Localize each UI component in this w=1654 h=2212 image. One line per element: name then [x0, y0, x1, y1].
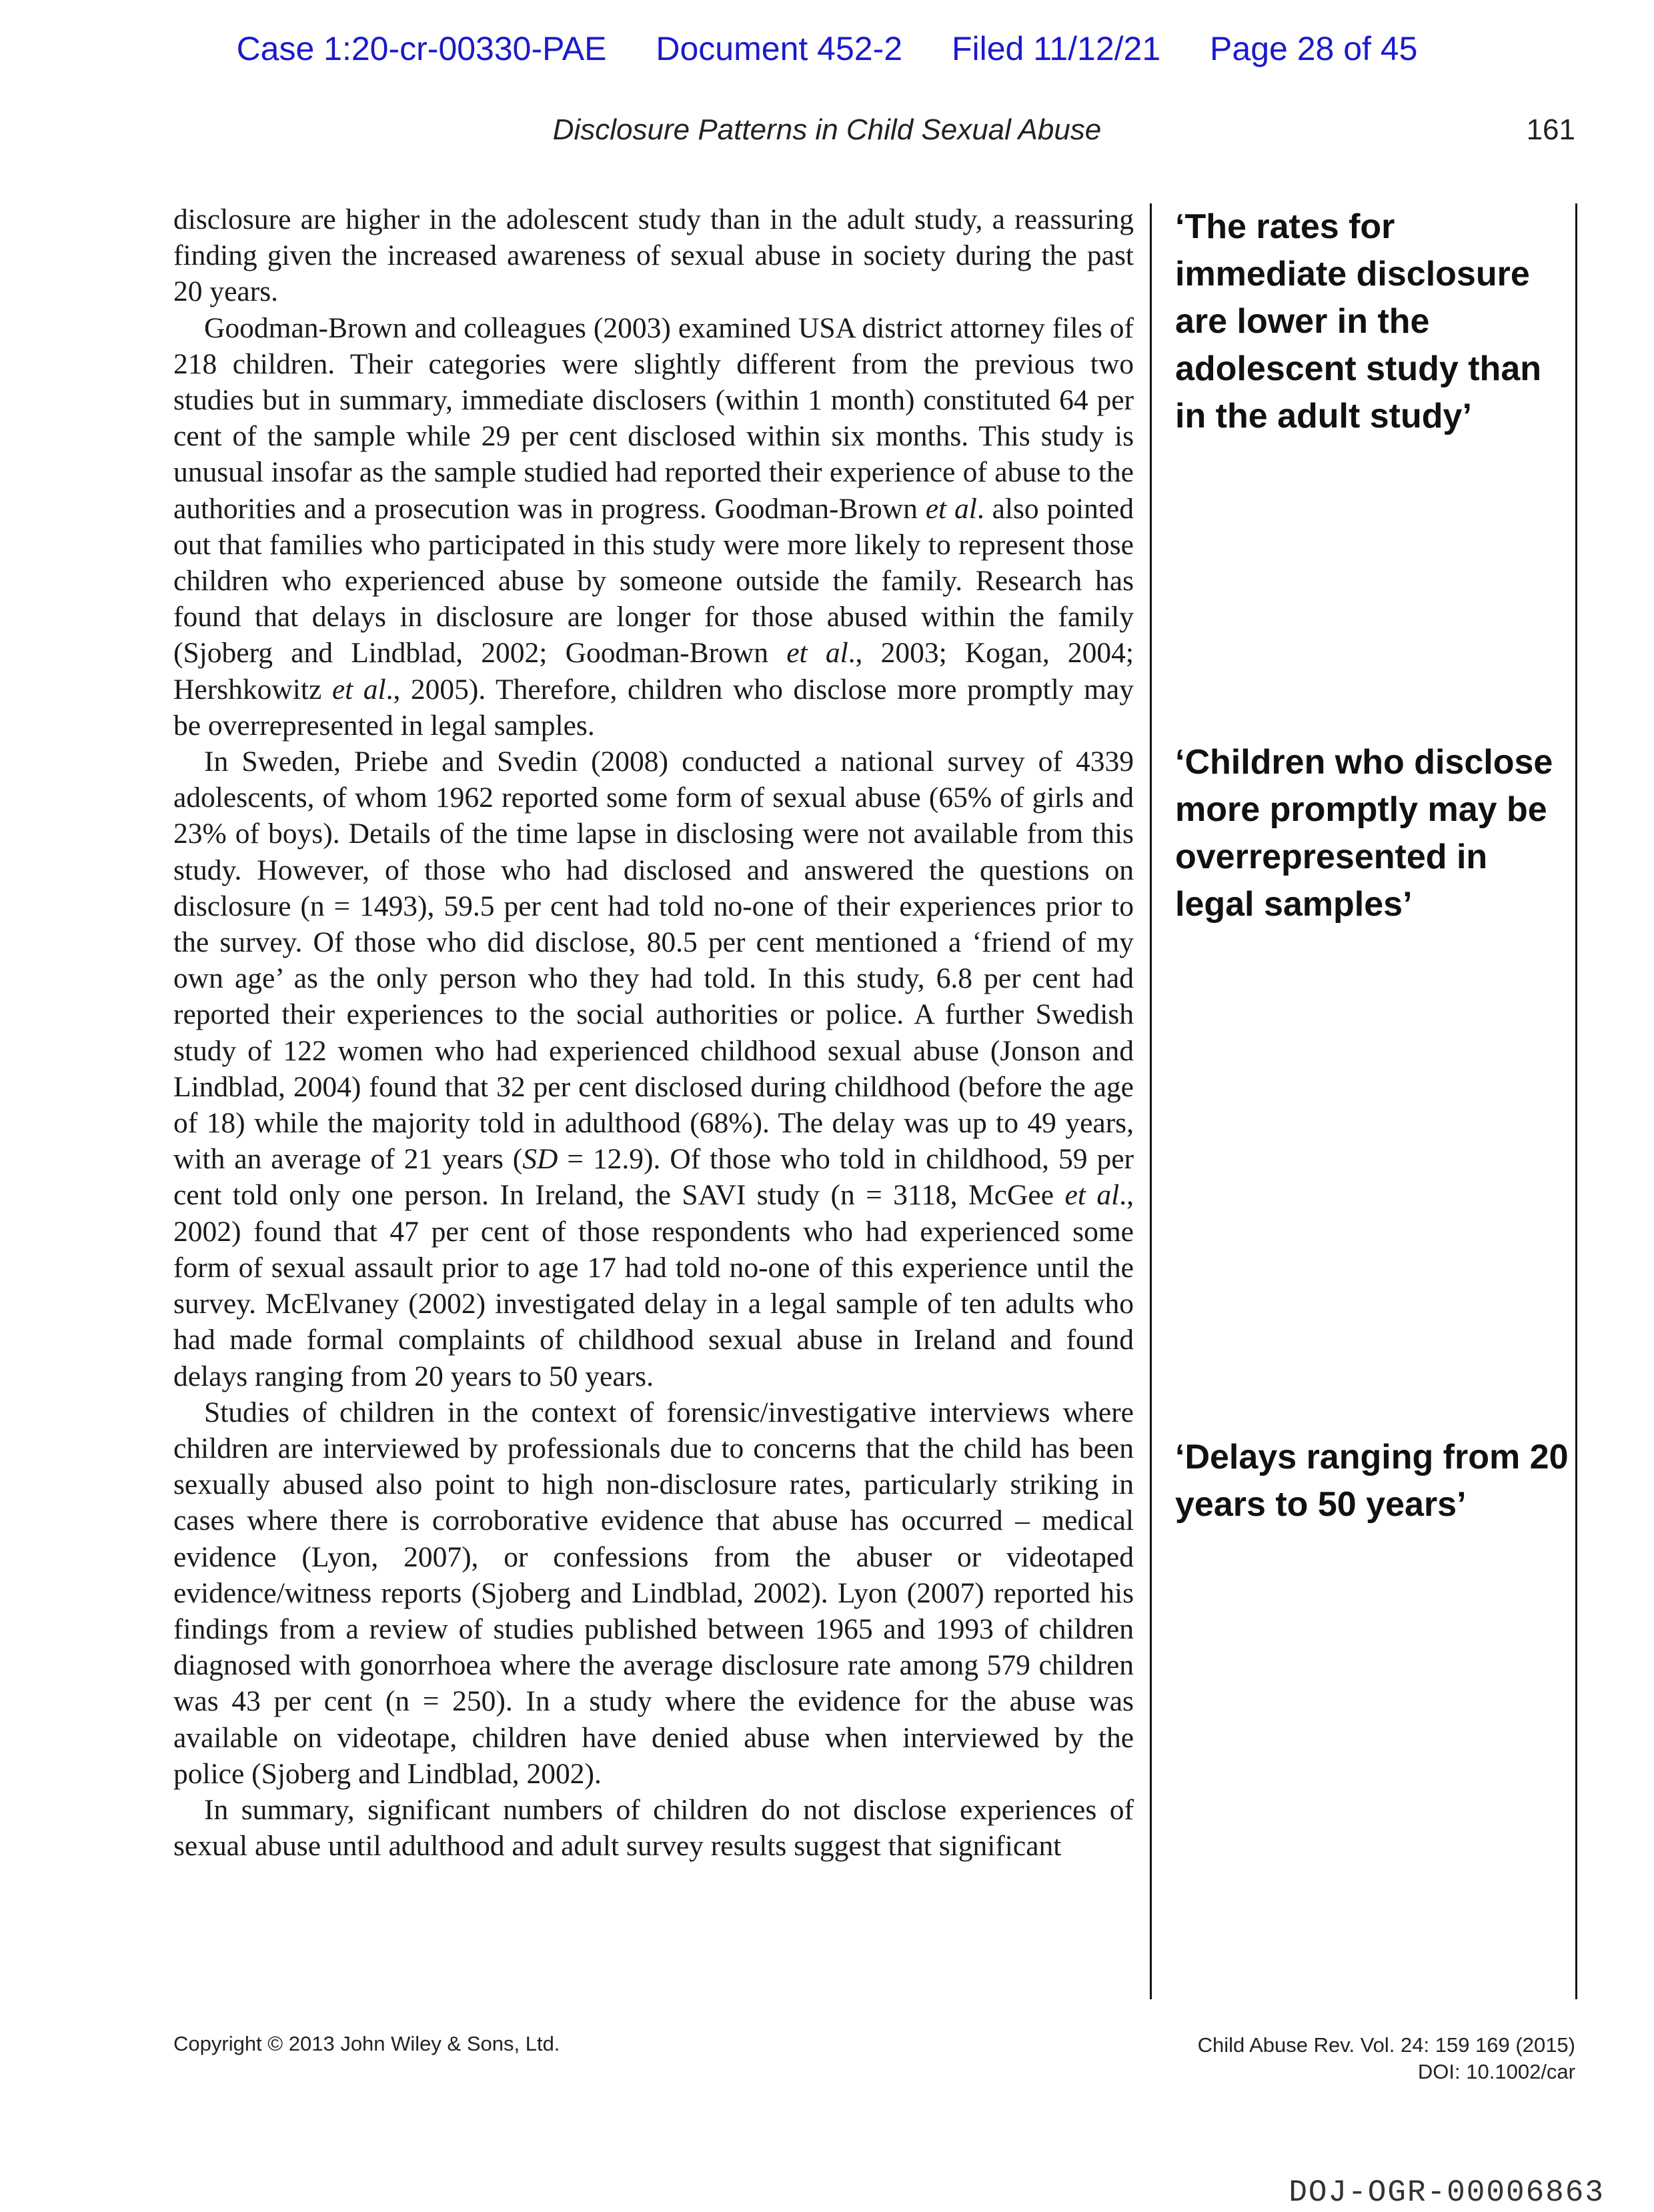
italic-run: SD [522, 1143, 558, 1175]
citation-line: Child Abuse Rev. Vol. 24: 159 169 (2015) [1198, 2032, 1575, 2059]
sidebar-right-rule [1575, 203, 1577, 1999]
case-number: Case 1:20-cr-00330-PAE [237, 30, 607, 67]
journal-citation: Child Abuse Rev. Vol. 24: 159 169 (2015)… [1198, 2032, 1575, 2085]
body-text-column: disclosure are higher in the adolescent … [173, 201, 1134, 1864]
text-run: disclosure are higher in the adolescent … [173, 203, 1134, 307]
document-number: Document 452-2 [656, 30, 902, 67]
italic-run: et al [926, 493, 977, 525]
italic-run: et al [786, 637, 848, 669]
text-run: Studies of children in the context of fo… [173, 1396, 1134, 1790]
filed-date: Filed 11/12/21 [952, 30, 1160, 67]
pull-quote: ‘Children who disclose more promptly may… [1175, 739, 1569, 928]
paragraph: disclosure are higher in the adolescent … [173, 201, 1134, 310]
paragraph: In Sweden, Priebe and Svedin (2008) cond… [173, 744, 1134, 1394]
sidebar-left-rule [1150, 203, 1152, 1999]
page-number: 161 [1527, 113, 1575, 147]
text-run: In summary, significant numbers of child… [173, 1794, 1134, 1862]
running-title: Disclosure Patterns in Child Sexual Abus… [0, 113, 1654, 147]
paragraph: In summary, significant numbers of child… [173, 1792, 1134, 1864]
paragraph: Goodman-Brown and colleagues (2003) exam… [173, 310, 1134, 744]
text-run: In Sweden, Priebe and Svedin (2008) cond… [173, 746, 1134, 1175]
doi-line: DOI: 10.1002/car [1198, 2059, 1575, 2085]
copyright-notice: Copyright © 2013 John Wiley & Sons, Ltd. [173, 2032, 560, 2056]
paragraph: Studies of children in the context of fo… [173, 1394, 1134, 1792]
pull-quote: ‘The rates for immediate disclosure are … [1175, 203, 1569, 440]
italic-run: et al [1065, 1179, 1120, 1211]
court-filing-stamp: Case 1:20-cr-00330-PAE Document 452-2 Fi… [0, 29, 1654, 68]
italic-run: et al [332, 674, 386, 706]
pull-quote: ‘Delays ranging from 20 years to 50 year… [1175, 1434, 1569, 1528]
bates-number: DOJ-OGR-00006863 [1289, 2175, 1605, 2210]
page-indicator: Page 28 of 45 [1210, 30, 1417, 67]
